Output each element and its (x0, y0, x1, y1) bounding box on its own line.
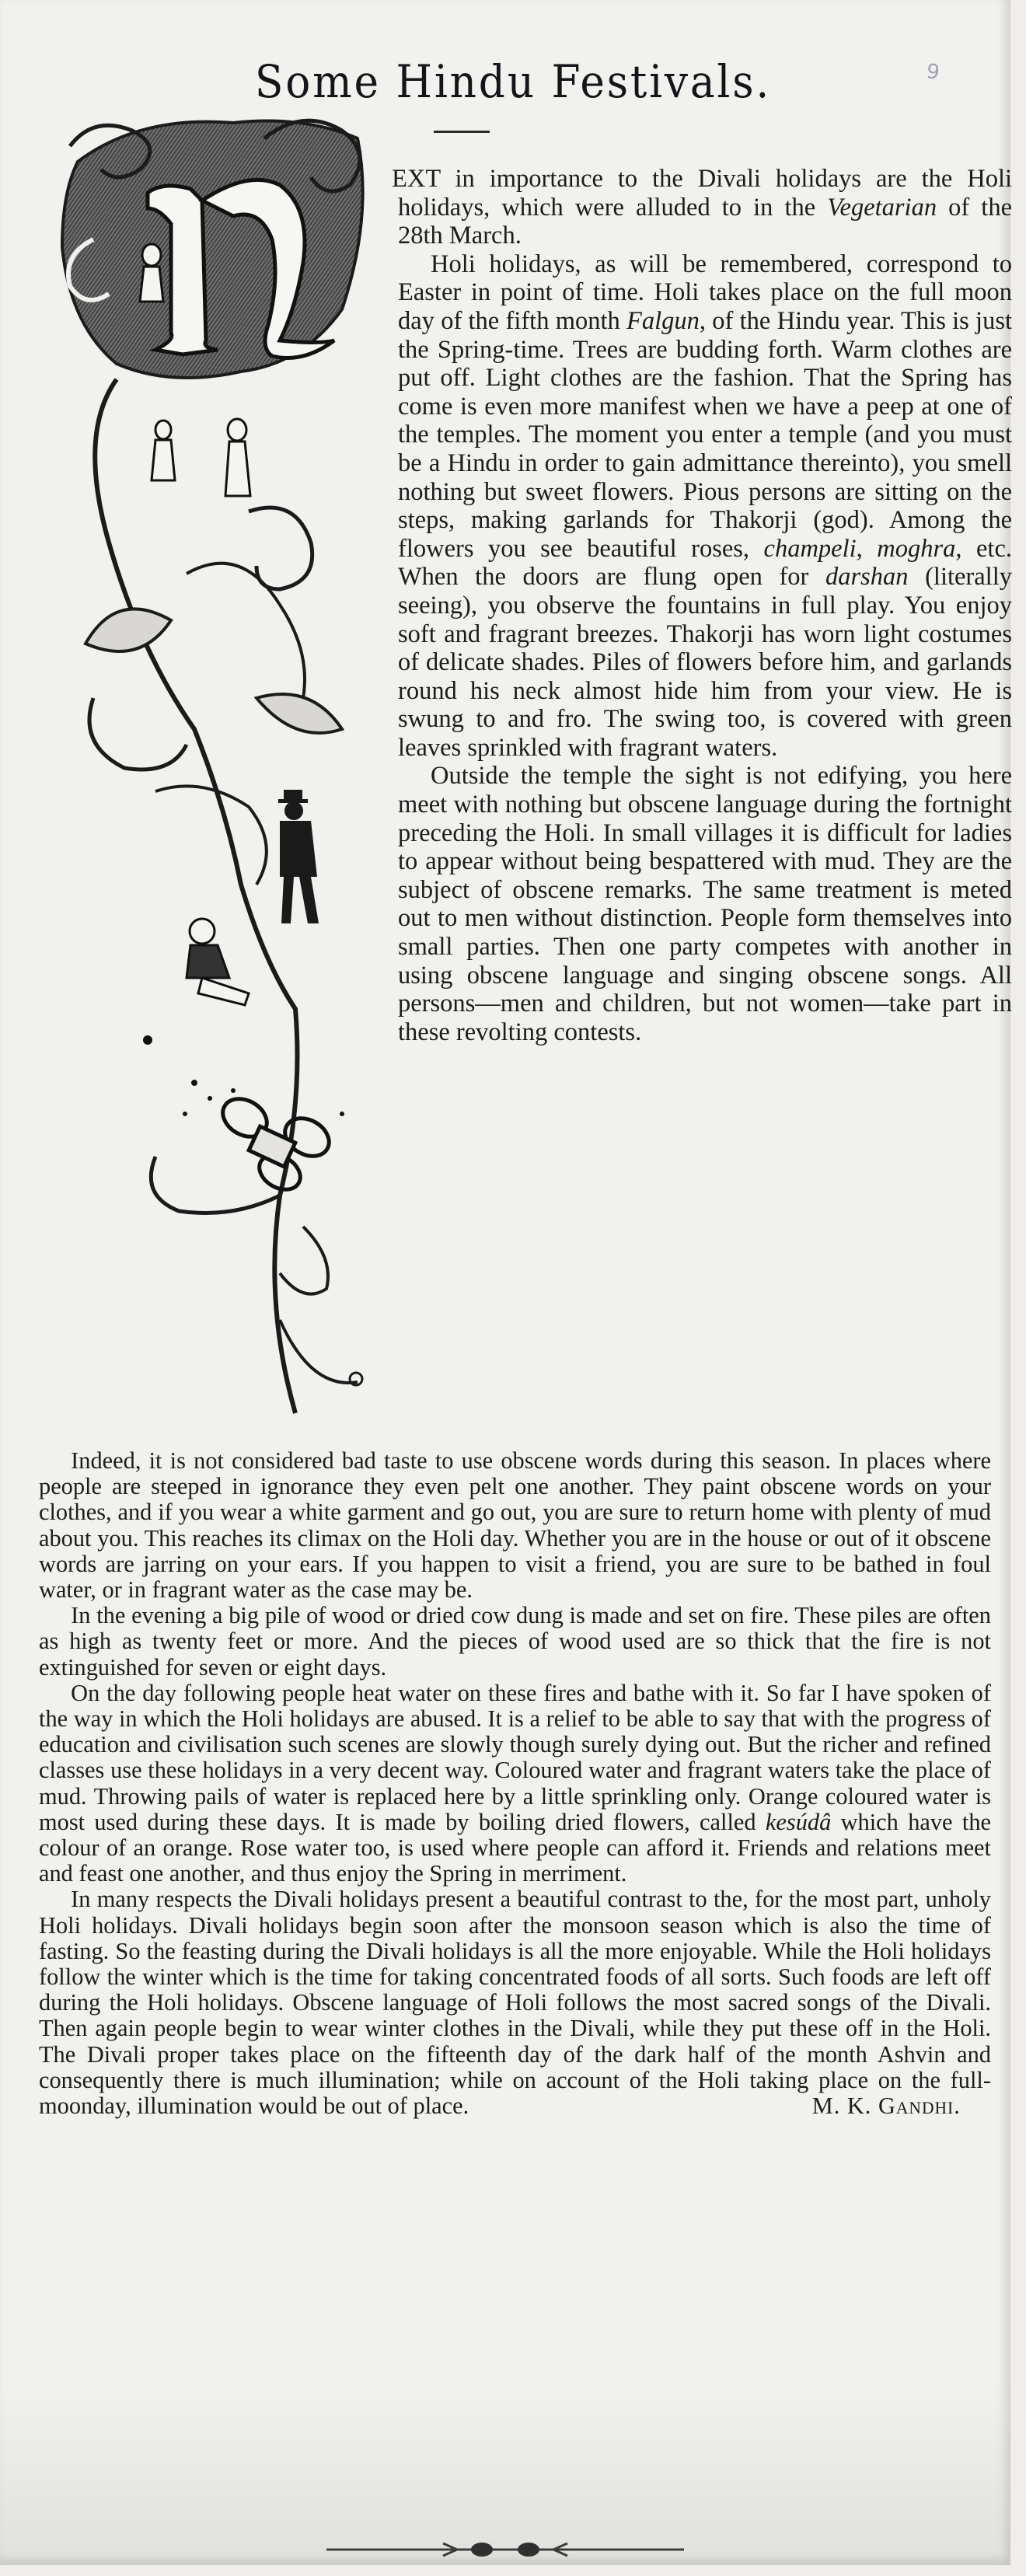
end-ornament-icon (326, 2540, 684, 2559)
full-text-column: Indeed, it is not considered bad taste t… (39, 1447, 991, 2118)
paragraph-7: In many respects the Divali holidays pre… (39, 1886, 991, 2118)
paragraph-6: On the day following people heat water o… (39, 1680, 991, 1887)
drop-cap-illustration-icon (47, 107, 389, 1444)
author-signature: M. K. Gandhi. (780, 2093, 961, 2118)
paragraph-3: Outside the temple the sight is not edif… (398, 762, 1012, 1046)
paragraph-1: EXT in importance to the Divali holidays… (398, 165, 1012, 250)
title-rule (434, 131, 490, 133)
paragraph-5: In the evening a big pile of wood or dri… (39, 1602, 991, 1680)
narrow-text-column: EXT in importance to the Divali holidays… (398, 165, 1012, 1046)
paragraph-4: Indeed, it is not considered bad taste t… (39, 1447, 991, 1602)
newspaper-page: Some Hindu Festivals. 9 (0, 0, 1010, 2565)
figure-cart (216, 1091, 336, 1196)
figure-man-in-hat (278, 790, 319, 923)
paragraph-2: Holi holidays, as will be remembered, co… (398, 250, 1012, 763)
article-title: Some Hindu Festivals. (41, 55, 985, 108)
